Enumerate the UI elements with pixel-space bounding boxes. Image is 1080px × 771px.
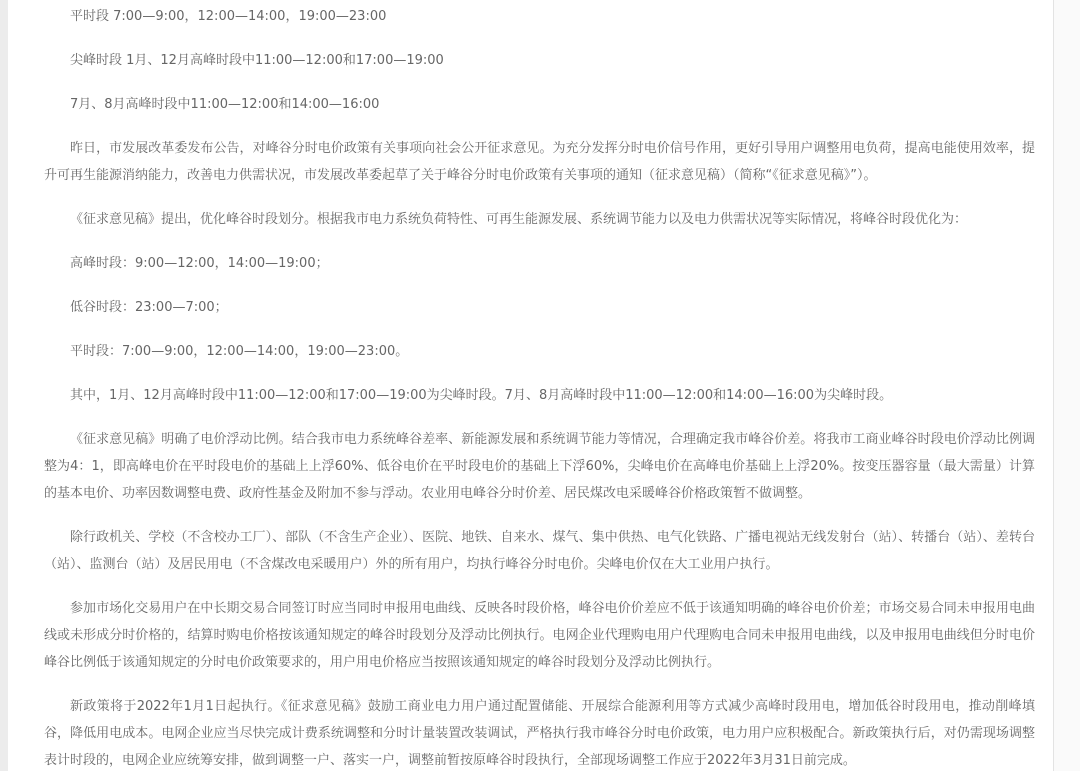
article-body: 平时段 7:00—9:00，12:00—14:00，19:00—23:00尖峰时… bbox=[8, 0, 1053, 771]
article-paragraph: 尖峰时段 1月、12月高峰时段中11:00—12:00和17:00—19:00 bbox=[44, 47, 1035, 74]
article-paragraph: 参加市场化交易用户在中长期交易合同签订时应当同时申报用电曲线、反映各时段价格，峰… bbox=[44, 595, 1035, 676]
article-paragraph: 7月、8月高峰时段中11:00—12:00和14:00—16:00 bbox=[44, 91, 1035, 118]
article-paragraph: 其中，1月、12月高峰时段中11:00—12:00和17:00—19:00为尖峰… bbox=[44, 382, 1035, 409]
article-paragraph: 《征求意见稿》提出，优化峰谷时段划分。根据我市电力系统负荷特性、可再生能源发展、… bbox=[44, 206, 1035, 233]
article-paragraph: 《征求意见稿》明确了电价浮动比例。结合我市电力系统峰谷差率、新能源发展和系统调节… bbox=[44, 426, 1035, 507]
article-paragraph: 昨日，市发展改革委发布公告，对峰谷分时电价政策有关事项向社会公开征求意见。为充分… bbox=[44, 135, 1035, 189]
article-paragraph: 平时段：7:00—9:00，12:00—14:00，19:00—23:00。 bbox=[44, 338, 1035, 365]
article-paragraph: 低谷时段：23:00—7:00； bbox=[44, 294, 1035, 321]
article-paragraph: 除行政机关、学校（不含校办工厂）、部队（不含生产企业）、医院、地铁、自来水、煤气… bbox=[44, 524, 1035, 578]
article-paragraph: 高峰时段：9:00—12:00，14:00—19:00； bbox=[44, 250, 1035, 277]
article-paragraph: 新政策将于2022年1月1日起执行。《征求意见稿》鼓励工商业电力用户通过配置储能… bbox=[44, 693, 1035, 771]
page-left-gutter bbox=[0, 0, 8, 771]
page-right-gutter bbox=[1053, 0, 1080, 771]
article-paragraph: 平时段 7:00—9:00，12:00—14:00，19:00—23:00 bbox=[44, 3, 1035, 30]
